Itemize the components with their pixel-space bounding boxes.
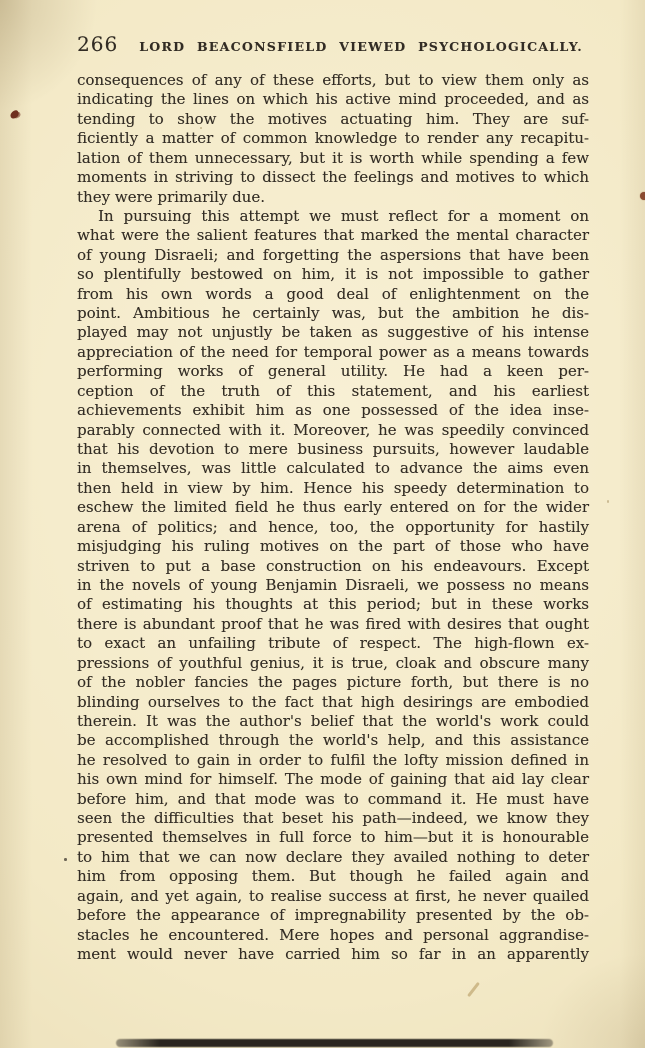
text-line: eschew the limited field he thus early e…: [77, 498, 589, 517]
body-text: consequences of any of these efforts, bu…: [77, 71, 589, 964]
text-line: lation of them unnecessary, but it is wo…: [77, 149, 589, 168]
text-line: moments in striving to dissect the feeli…: [77, 168, 589, 187]
text-line: they were primarily due.: [77, 188, 589, 207]
text-line: then held in view by him. Hence his spee…: [77, 479, 589, 498]
text-line: performing works of general utility. He …: [77, 362, 589, 381]
text-line: striven to put a base construction on hi…: [77, 557, 589, 576]
ink-speck: [9, 109, 20, 119]
scan-gutter-shadow: [116, 1039, 553, 1047]
paper-scratch: [467, 982, 480, 997]
text-line: from his own words a good deal of enligh…: [77, 285, 589, 304]
text-line: misjudging his ruling motives on the par…: [77, 537, 589, 556]
text-line: tending to show the motives actuating hi…: [77, 110, 589, 129]
running-title: LORD BEACONSFIELD VIEWED PSYCHOLOGICALLY…: [139, 39, 583, 54]
text-line: that his devotion to mere business pursu…: [77, 440, 589, 459]
text-line: be accomplished through the world's help…: [77, 731, 589, 750]
text-line: seen the difficulties that beset his pat…: [77, 809, 589, 828]
text-line: blinding ourselves to the fact that high…: [77, 693, 589, 712]
text-line: so plentifully bestowed on him, it is no…: [77, 265, 589, 284]
text-line: again, and yet again, to realise success…: [77, 887, 589, 906]
text-line: therein. It was the author's belief that…: [77, 712, 589, 731]
text-line: his own mind for himself. The mode of ga…: [77, 770, 589, 789]
text-line: what were the salient features that mark…: [77, 226, 589, 245]
text-line: before the appearance of impregnability …: [77, 906, 589, 925]
text-line: indicating the lines on which his active…: [77, 90, 589, 109]
ink-speck: [64, 858, 67, 861]
text-line: parably connected with it. Moreover, he …: [77, 421, 589, 440]
text-line: appreciation of the need for temporal po…: [77, 343, 589, 362]
running-head: 266 LORD BEACONSFIELD VIEWED PSYCHOLOGIC…: [77, 32, 589, 56]
paper-fleck: [607, 500, 609, 503]
text-line: of young Disraeli; and forgetting the as…: [77, 246, 589, 265]
text-line: arena of politics; and hence, too, the o…: [77, 518, 589, 537]
text-line: to exact an unfailing tribute of respect…: [77, 634, 589, 653]
text-line: before him, and that mode was to command…: [77, 790, 589, 809]
text-line: there is abundant proof that he was fire…: [77, 615, 589, 634]
ink-speck: [640, 192, 645, 200]
text-line: In pursuing this attempt we must reflect…: [77, 207, 589, 226]
paragraph: consequences of any of these efforts, bu…: [77, 71, 589, 207]
text-line: achievements exhibit him as one possesse…: [77, 401, 589, 420]
paper-fleck: [200, 127, 202, 129]
paragraph: In pursuing this attempt we must reflect…: [77, 207, 589, 964]
text-line: point. Ambitious he certainly was, but t…: [77, 304, 589, 323]
text-line: stacles he encountered. Mere hopes and p…: [77, 926, 589, 945]
text-line: pressions of youthful genius, it is true…: [77, 654, 589, 673]
text-line: of estimating his thoughts at this perio…: [77, 595, 589, 614]
text-line: ficiently a matter of common knowledge t…: [77, 129, 589, 148]
text-line: played may not unjustly be taken as sugg…: [77, 323, 589, 342]
text-line: presented themselves in full force to hi…: [77, 828, 589, 847]
text-line: he resolved to gain in order to fulfil t…: [77, 751, 589, 770]
text-line: ment would never have carried him so far…: [77, 945, 589, 964]
text-line: him from opposing them. But though he fa…: [77, 867, 589, 886]
text-line: of the nobler fancies the pages picture …: [77, 673, 589, 692]
page-number: 266: [77, 32, 118, 56]
text-line: ception of the truth of this statement, …: [77, 382, 589, 401]
text-line: in the novels of young Benjamin Disraeli…: [77, 576, 589, 595]
text-line: in themselves, was little calculated to …: [77, 459, 589, 478]
text-line: consequences of any of these efforts, bu…: [77, 71, 589, 90]
text-line: to him that we can now declare they avai…: [77, 848, 589, 867]
scanned-book-page: 266 LORD BEACONSFIELD VIEWED PSYCHOLOGIC…: [0, 0, 645, 1048]
